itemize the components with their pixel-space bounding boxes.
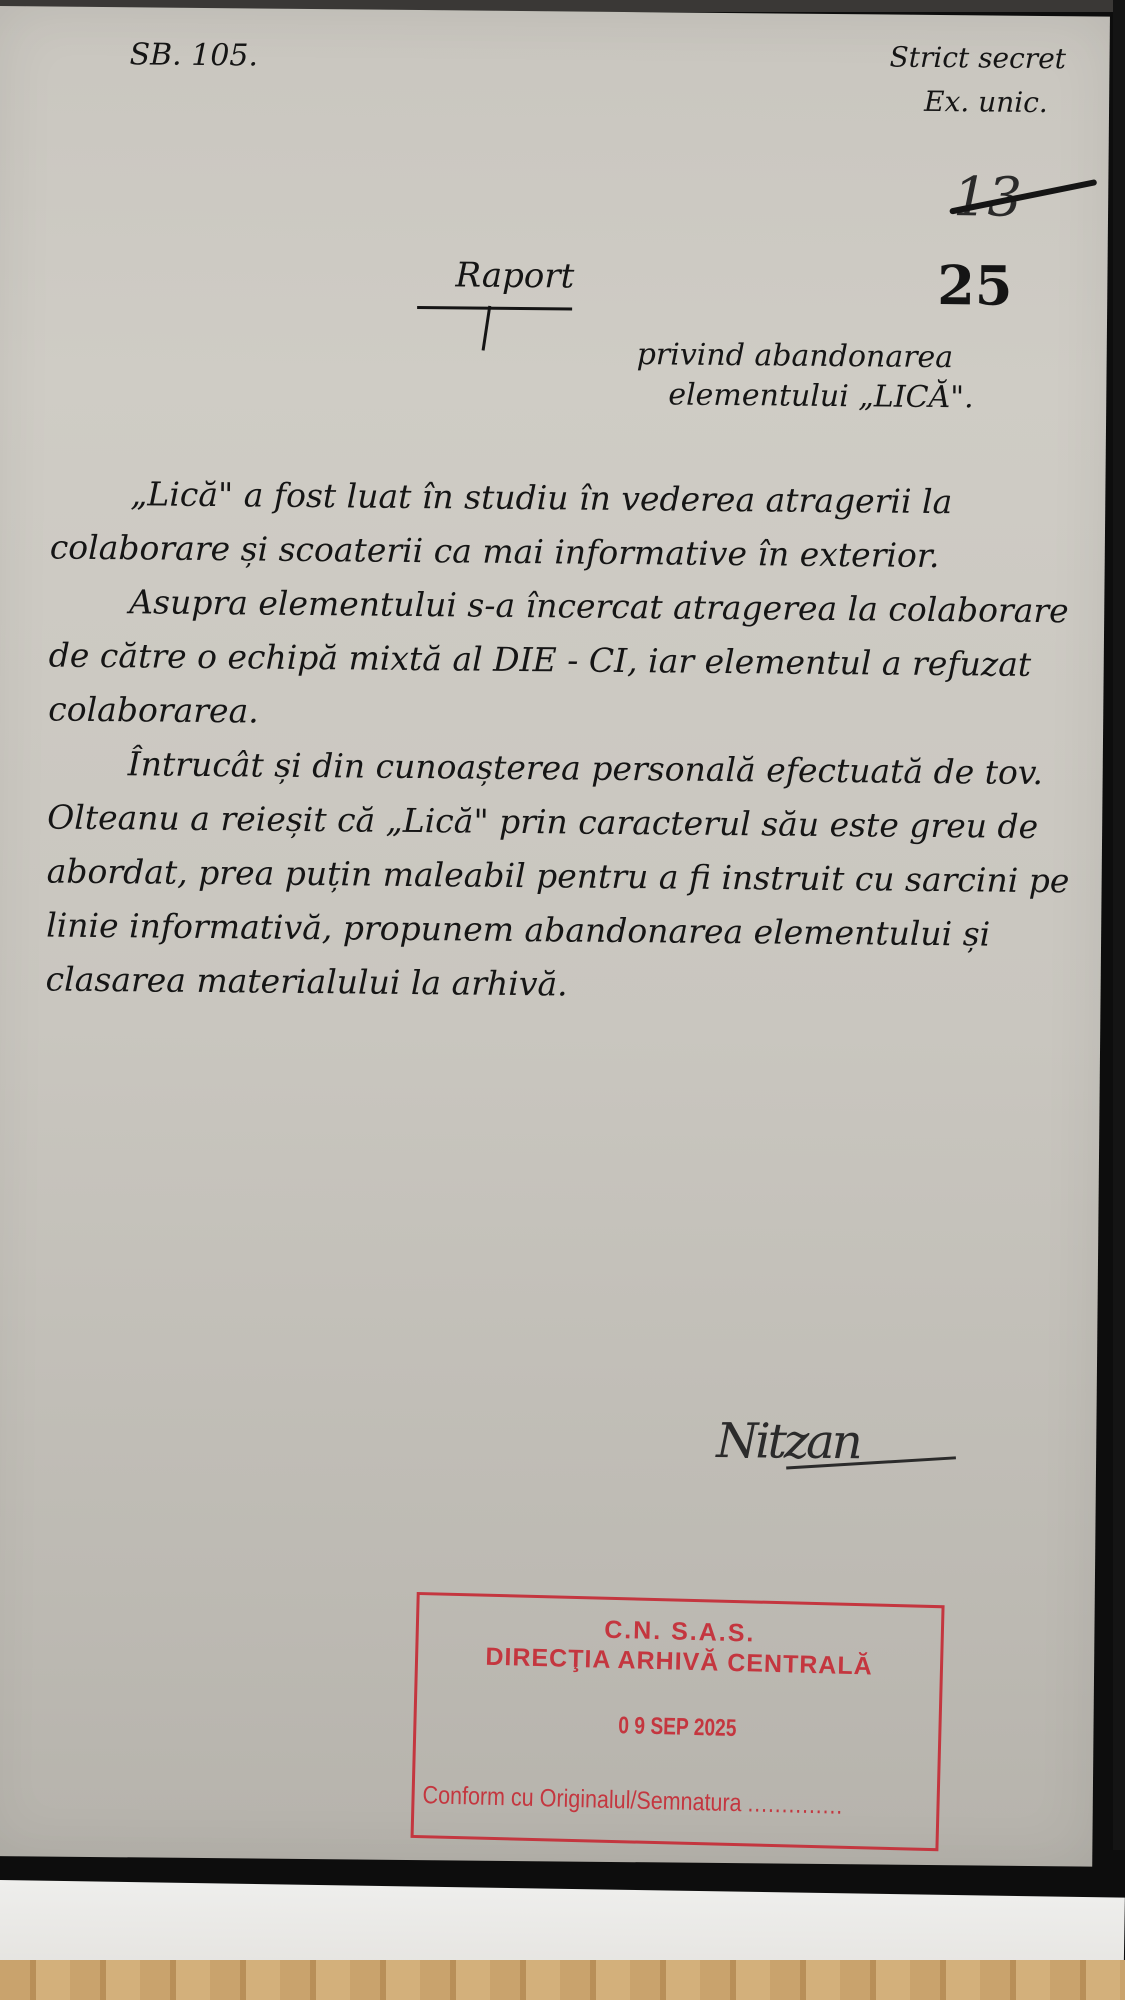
- archive-stamp: C.N. S.A.S. DIRECŢIA ARHIVĂ CENTRALĂ 0 9…: [411, 1592, 945, 1851]
- stamp-certification-text: Conform cu Originalul/Semnatura: [422, 1781, 742, 1817]
- photo-right-edge: [1113, 0, 1125, 1850]
- classification-line-2: Ex. unic.: [924, 85, 1048, 119]
- reference-number: SB. 105.: [129, 37, 258, 73]
- document-sheet: SB. 105. Strict secret Ex. unic. 13 25 R…: [0, 6, 1110, 1867]
- title-underline-tick: [482, 306, 492, 351]
- subject-line-2: elementului „LICĂ".: [668, 377, 974, 415]
- page-number: 25: [937, 253, 1013, 318]
- classification-line-1: Strict secret: [889, 41, 1066, 76]
- subject-line-1: privind abandonarea: [637, 337, 954, 375]
- stamp-date: 0 9 SEP 2025: [468, 1708, 886, 1747]
- wooden-table: [0, 1960, 1125, 2000]
- paragraph-2: Asupra elementului s-a încercat atragere…: [48, 575, 1080, 747]
- paragraph-1: „Lică" a fost luat în studiu în vederea …: [50, 467, 1081, 585]
- report-body: „Lică" a fost luat în studiu în vederea …: [45, 467, 1080, 1017]
- signature: Nitzan: [716, 1413, 860, 1470]
- stamp-certification: Conform cu Originalul/Semnatura ........…: [422, 1781, 843, 1821]
- stamp-signature-dots: ..............: [747, 1789, 843, 1819]
- paragraph-3: Întrucât și din cunoașterea personală ef…: [45, 736, 1078, 1016]
- title-underline: [417, 306, 572, 310]
- document-title: Raport: [455, 255, 574, 296]
